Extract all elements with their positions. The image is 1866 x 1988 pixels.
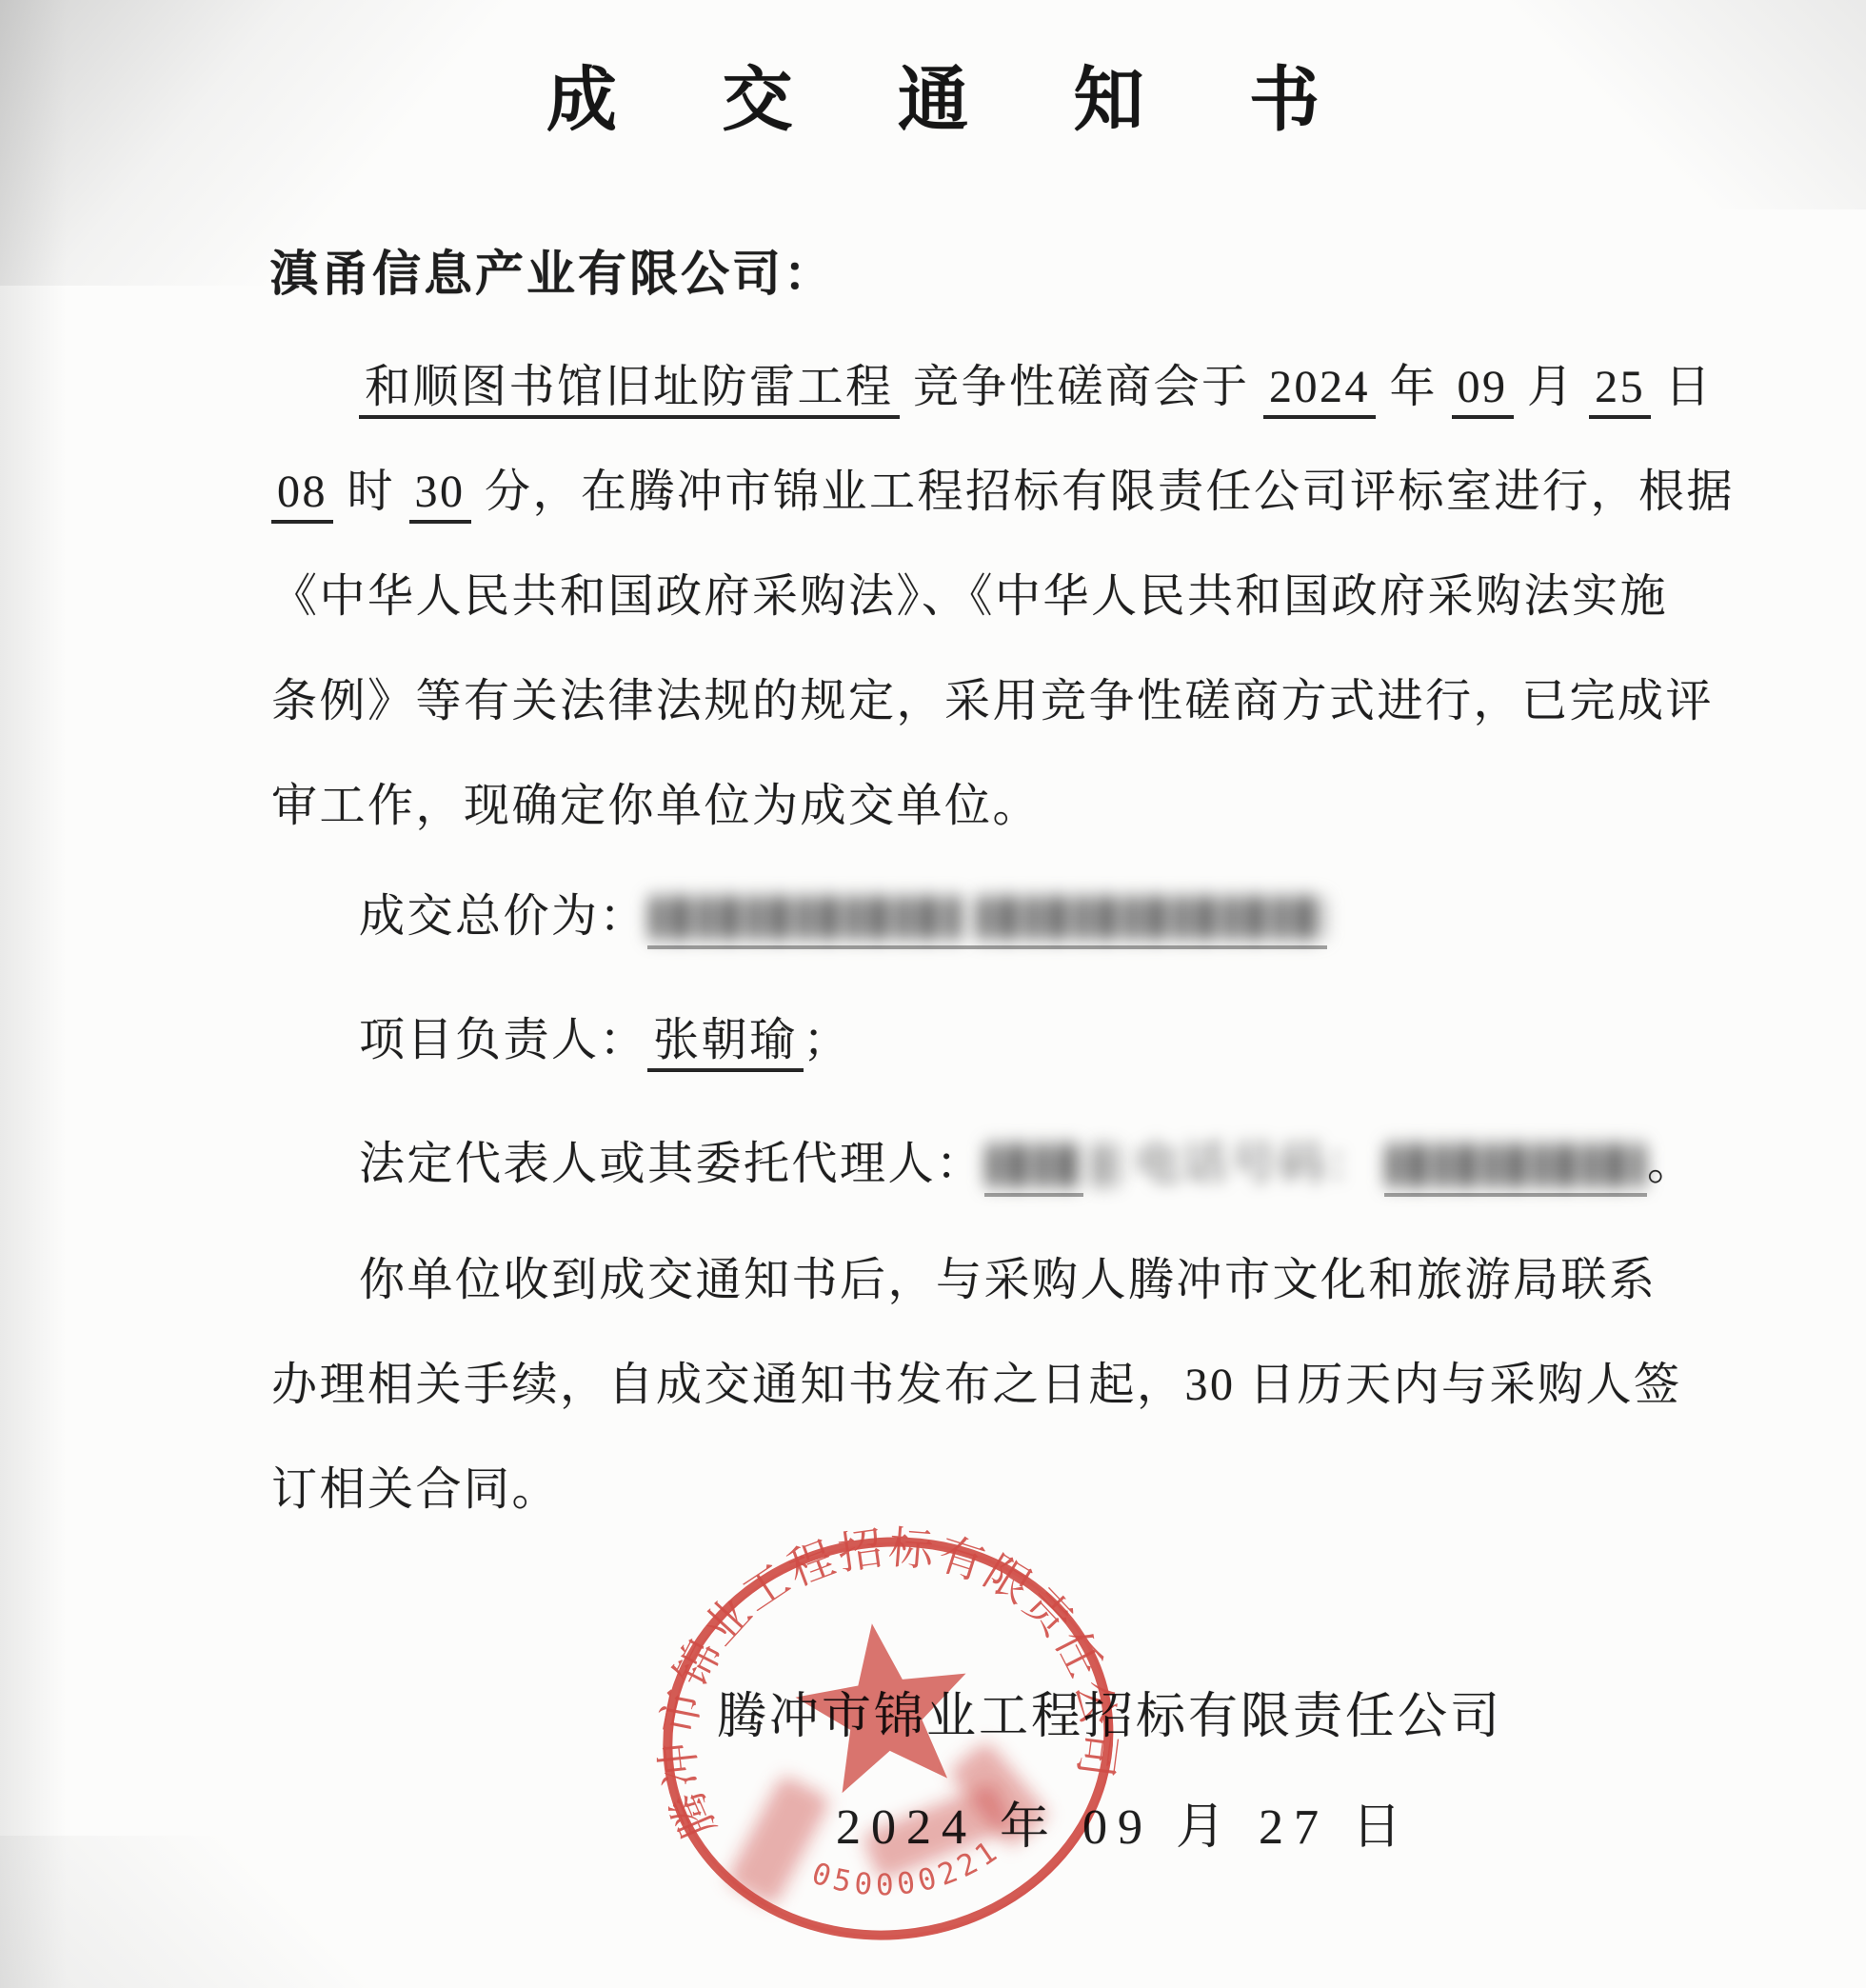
legal-rep-label: 法定代表人或其委托代理人： <box>359 1139 984 1189</box>
seal-graphic: 腾冲市锦业工程招标有限责任公司 5305000022159 <box>623 1496 1153 1982</box>
redacted-amount-underline <box>647 891 1327 949</box>
body-text: 竞争性磋商会于 <box>900 362 1264 412</box>
legal-rep-line: 法定代表人或其委托代理人：电话号码：。 <box>271 1103 1609 1226</box>
body-text: 时 <box>333 467 409 517</box>
price-label: 成交总价为： <box>359 891 647 942</box>
period: 。 <box>1647 1139 1696 1189</box>
body-text: 年 <box>1376 362 1452 412</box>
hour-underlined: 08 <box>271 467 333 524</box>
redacted-comma <box>1093 1143 1120 1187</box>
recipient-line: 滇甬信息产业有限公司： <box>269 234 835 305</box>
redacted-phone-underline <box>1384 1139 1647 1197</box>
redacted-name-underline <box>984 1139 1083 1197</box>
body-line-4: 条例》等有关法律法规的规定，采用竞争性磋商方式进行，已完成评 <box>271 649 1609 754</box>
manager-label: 项目负责人： <box>359 1015 647 1065</box>
body-line-5: 审工作，现确定你单位为成交单位。 <box>271 754 1609 859</box>
body-line-6: 你单位收到成交通知书后，与采购人腾冲市文化和旅游局联系 <box>271 1228 1609 1333</box>
company-seal: 腾冲市锦业工程招标有限责任公司 5305000022159 <box>623 1496 1153 1982</box>
body-text: 分，在腾冲市锦业工程招标有限责任公司评标室进行，根据 <box>471 467 1736 517</box>
manager-suffix: ； <box>804 1015 852 1065</box>
project-name-underlined: 和顺图书馆旧址防雷工程 <box>359 362 900 419</box>
manager-name-underlined: 张朝瑜 <box>647 1015 804 1072</box>
scan-shading-bottom-left <box>0 1836 476 1988</box>
body-line-3: 《中华人民共和国政府采购法》、《中华人民共和国政府采购法实施 <box>271 545 1609 649</box>
paragraph-2: 你单位收到成交通知书后，与采购人腾冲市文化和旅游局联系 办理相关手续，自成交通知… <box>271 1228 1609 1542</box>
body-line-1: 和顺图书馆旧址防雷工程 竞争性磋商会于 2024 年 09 月 25 日 <box>271 335 1609 440</box>
scan-shading-left-edge <box>0 0 67 1988</box>
redacted-amount-text <box>649 896 963 940</box>
document-page: 成 交 通 知 书 滇甬信息产业有限公司： 和顺图书馆旧址防雷工程 竞争性磋商会… <box>0 0 1866 1988</box>
day-underlined: 25 <box>1589 362 1651 419</box>
minute-underlined: 30 <box>409 467 471 524</box>
body-line-7: 办理相关手续，自成交通知书发布之日起，30 日历天内与采购人签 <box>271 1333 1609 1438</box>
body-text: 日 <box>1651 362 1713 412</box>
phone-label-blurred: 电话号码： <box>1135 1139 1376 1189</box>
body-text: 月 <box>1514 362 1590 412</box>
manager-line: 项目负责人：张朝瑜； <box>271 979 1609 1103</box>
redacted-amount-figures <box>977 896 1325 940</box>
document-title: 成 交 通 知 书 <box>0 0 1866 145</box>
redacted-name <box>986 1143 1082 1187</box>
year-underlined: 2024 <box>1263 362 1376 419</box>
award-details: 成交总价为： 项目负责人：张朝瑜； 法定代表人或其委托代理人：电话号码：。 <box>271 855 1609 1226</box>
paragraph-1: 和顺图书馆旧址防雷工程 竞争性磋商会于 2024 年 09 月 25 日 08 … <box>271 335 1609 859</box>
month-underlined: 09 <box>1452 362 1514 419</box>
redacted-phone-number <box>1386 1143 1645 1187</box>
body-line-2: 08 时 30 分，在腾冲市锦业工程招标有限责任公司评标室进行，根据 <box>271 440 1609 545</box>
price-line: 成交总价为： <box>271 855 1609 979</box>
